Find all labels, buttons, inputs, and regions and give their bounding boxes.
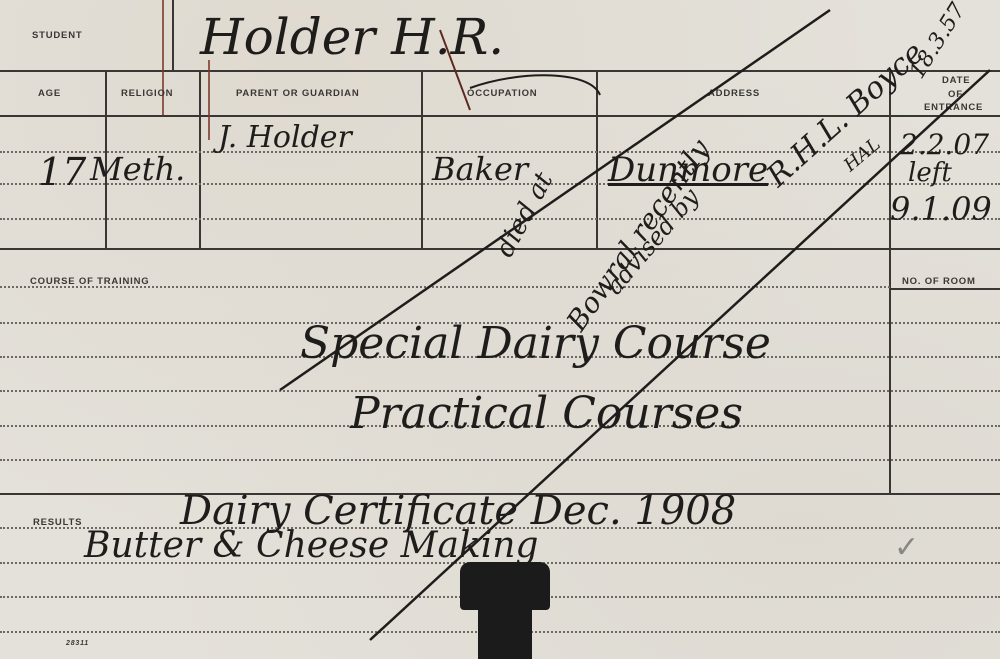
label-date-line1: DATE	[942, 75, 970, 86]
filing-tab-stem	[478, 600, 532, 659]
label-course-of-training: COURSE OF TRAINING	[30, 276, 149, 287]
date-entered-value: 2.2.07	[900, 128, 989, 161]
label-date-line2: OF	[948, 89, 963, 100]
label-address: ADDRESS	[708, 88, 760, 99]
course-line-2: Practical Courses	[350, 388, 743, 439]
dotted-line	[0, 218, 1000, 220]
occupation-value: Baker	[432, 150, 528, 188]
rule-room-header	[890, 288, 1000, 290]
results-line-2: Butter & Cheese Making	[84, 525, 538, 566]
label-religion: RELIGION	[121, 88, 173, 99]
label-results: RESULTS	[33, 517, 82, 528]
parent-value: J. Holder	[218, 120, 352, 155]
label-occupation: OCCUPATION	[467, 88, 537, 99]
rule-occupation-address	[596, 70, 598, 248]
red-margin-rule	[208, 60, 210, 140]
label-date-line3: ENTRANCE	[924, 102, 983, 113]
label-parent-or-guardian: PARENT OR GUARDIAN	[236, 88, 359, 99]
rule-address-date	[889, 70, 891, 493]
results-checkmark: ✓	[894, 530, 919, 565]
date-left-value: 9.1.09	[890, 190, 992, 228]
label-student: STUDENT	[32, 30, 82, 41]
rule-student-divider	[172, 0, 174, 70]
left-label: left	[908, 158, 952, 188]
label-no-of-room: NO. OF ROOM	[902, 276, 976, 287]
student-name: Holder H.R.	[200, 8, 504, 66]
religion-value: Meth.	[90, 150, 185, 188]
annotation-initials: HAL	[840, 134, 885, 176]
label-age: AGE	[38, 88, 61, 99]
student-record-card: STUDENT AGE RELIGION PARENT OR GUARDIAN …	[0, 0, 1000, 659]
dotted-line	[0, 459, 1000, 461]
form-number: 28311	[66, 640, 89, 647]
age-value: 17	[38, 150, 86, 194]
rule-top-row	[0, 70, 1000, 72]
course-line-1: Special Dairy Course	[300, 318, 771, 369]
rule-parent-occupation	[421, 70, 423, 248]
rule-religion-parent	[199, 70, 201, 248]
